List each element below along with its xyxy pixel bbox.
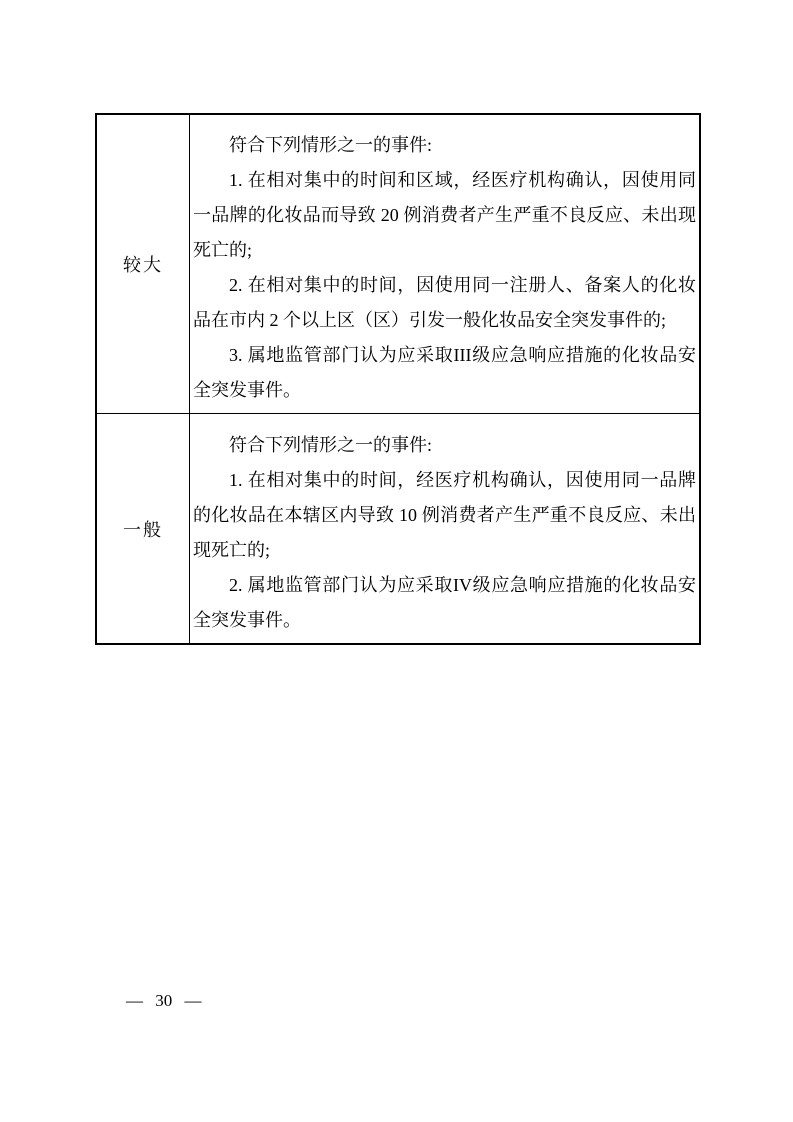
paragraph-intro: 符合下列情形之一的事件: [193, 428, 696, 463]
page-number: — 30 — [126, 991, 202, 1011]
document-page: 较大 符合下列情形之一的事件: 1. 在相对集中的时间和区域，经医疗机构确认，因… [0, 0, 793, 1122]
table-row-major: 较大 符合下列情形之一的事件: 1. 在相对集中的时间和区域，经医疗机构确认，因… [96, 114, 700, 414]
incident-severity-table: 较大 符合下列情形之一的事件: 1. 在相对集中的时间和区域，经医疗机构确认，因… [95, 113, 701, 645]
paragraph-intro: 符合下列情形之一的事件: [193, 128, 696, 163]
row-label-general: 一般 [96, 414, 190, 645]
row-content-major: 符合下列情形之一的事件: 1. 在相对集中的时间和区域，经医疗机构确认，因使用同… [190, 114, 701, 414]
table-row-general: 一般 符合下列情形之一的事件: 1. 在相对集中的时间，经医疗机构确认，因使用同… [96, 414, 700, 645]
paragraph-item-1: 1. 在相对集中的时间，经医疗机构确认，因使用同一品牌的化妆品在本辖区内导致 1… [193, 463, 696, 568]
row-label-major: 较大 [96, 114, 190, 414]
paragraph-item-3: 3. 属地监管部门认为应采取III级应急响应措施的化妆品安全突发事件。 [193, 338, 696, 408]
paragraph-item-2: 2. 在相对集中的时间，因使用同一注册人、备案人的化妆品在市内 2 个以上区（区… [193, 268, 696, 338]
paragraph-item-1: 1. 在相对集中的时间和区域，经医疗机构确认，因使用同一品牌的化妆品而导致 20… [193, 163, 696, 268]
row-content-general: 符合下列情形之一的事件: 1. 在相对集中的时间，经医疗机构确认，因使用同一品牌… [190, 414, 701, 645]
paragraph-item-2: 2. 属地监管部门认为应采取IV级应急响应措施的化妆品安全突发事件。 [193, 568, 696, 638]
